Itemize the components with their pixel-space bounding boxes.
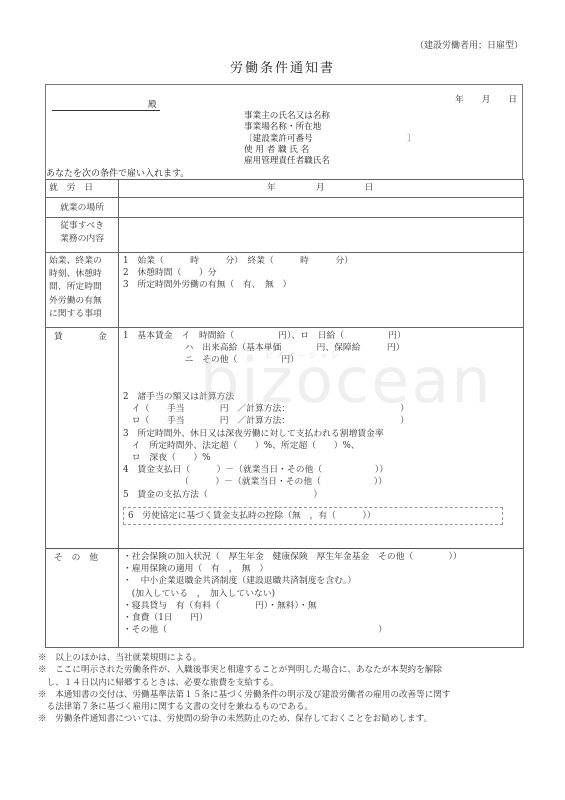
retirement-mutual-aid: ・ 中小企業退職金共済制度（建設退職共済制度を含む。） — [123, 575, 519, 587]
addressee-name-line[interactable] — [52, 110, 160, 111]
start-end-time: 1 始業（ 時 分） 終業（ 時 分） — [123, 255, 519, 267]
conditions-table: 就 労 日 年月日 就業の場所 従事すべき 業務の内容 始業、終業の 時刻、休憩… — [45, 179, 524, 648]
date-year: 年 — [455, 96, 464, 105]
deduction-box: 6 労使協定に基づく賃金支払時の控除（無 ，有（ ）） — [123, 507, 503, 525]
payday-1: 4 賃金支払日（ ）－（就業当日・その他（ ）） — [123, 464, 519, 476]
label-workplace: 就業の場所 — [46, 198, 119, 217]
date-day: 日 — [508, 96, 517, 105]
basic-wage-piece-rate: ハ 出来高給（基本単価 円、保障給 円） — [123, 342, 519, 354]
row-wages: 賃 金 1 基本賃金 イ 時間給（ 円）、ロ 日給（ 円） ハ 出来高給（基本単… — [46, 328, 523, 549]
employer-title-name-field: 使 用 者 職 氏 名 — [244, 146, 309, 155]
label-other: そ の 他 — [46, 549, 119, 647]
allowance-ro: ロ（ 手当 円 ／計算方法： ） — [123, 415, 519, 427]
note-3: ※ 本通知書の交付は、労働基準法第１５条に基づく労働条件の明示及び建設労働者の雇… — [38, 689, 528, 701]
premium-overtime: イ 所定時間外、法定超（ ）%、所定超（ ）%、 — [123, 440, 519, 452]
note-1: ※ 以上のほかは、当社就業規則による。 — [38, 652, 528, 664]
row-work-day: 就 労 日 年月日 — [46, 180, 523, 198]
document-subtitle: （建設労働者用；日雇型） — [415, 42, 523, 51]
footnotes: ※ 以上のほかは、当社就業規則による。 ※ ここに明示された労働条件が、入職後事… — [38, 652, 528, 726]
row-other: そ の 他 ・社会保険の加入状況（ 厚生年金 健康保険 厚生年金基金 その他（ … — [46, 549, 523, 647]
wages-value[interactable]: 1 基本賃金 イ 時間給（ 円）、ロ 日給（ 円） ハ 出来高給（基本単価 円、… — [119, 328, 523, 548]
work-day-month: 月 — [316, 183, 325, 193]
employment-manager-field: 雇用管理責任者職氏名 — [244, 157, 330, 166]
label-wages: 賃 金 — [46, 328, 119, 548]
workplace-value[interactable] — [119, 198, 523, 217]
work-day-value[interactable]: 年月日 — [119, 180, 523, 197]
working-hours-value[interactable]: 1 始業（ 時 分） 終業（ 時 分） 2 休憩時間（ ）分 3 所定時間外労働… — [119, 253, 523, 327]
basic-wage-other: ニ その他（ 円） — [123, 354, 519, 366]
retirement-enrollment: (加入している ， 加入していない) — [123, 588, 519, 600]
issue-date: 年月日 — [432, 87, 517, 104]
note-4: ※ 労働条件通知書については、労使間の紛争の未然防止のため、保存しておくことをお… — [38, 713, 528, 725]
note-2-cont: し、１４日以内に帰郷するときは、必要な旅費を支給する。 — [38, 677, 528, 689]
overtime-presence: 3 所定時間外労働の有無（ 有、 無 ） — [123, 279, 519, 291]
row-duties: 従事すべき 業務の内容 — [46, 218, 523, 253]
note-2: ※ ここに明示された労働条件が、入職後事実と相違することが判明した場合に、あなた… — [38, 664, 528, 676]
row-workplace: 就業の場所 — [46, 198, 523, 218]
employer-name-field: 事業主の氏名又は名称 — [244, 112, 330, 121]
employment-insurance: ・雇用保険の適用（ 有 ， 無 ） — [123, 563, 519, 575]
document-title: 労働条件通知書 — [0, 62, 565, 75]
basic-wage-hourly-daily: 1 基本賃金 イ 時間給（ 円）、ロ 日給（ 円） — [123, 330, 519, 342]
label-work-day: 就 労 日 — [46, 180, 119, 197]
break-time: 2 休憩時間（ ）分 — [123, 267, 519, 279]
label-working-hours: 始業、終業の 時刻、休憩時 間、所定時間 外労働の有無 に関する事項 — [46, 253, 119, 327]
addressee-honorific: 殿 — [148, 101, 157, 110]
label-duties: 従事すべき 業務の内容 — [46, 218, 119, 252]
date-month: 月 — [482, 96, 491, 105]
greeting-text: あなたを次の条件で雇い入れます。 — [46, 170, 189, 179]
allowance-i: イ（ 手当 円 ／計算方法： ） — [123, 403, 519, 415]
note-3-cont: る法律第７条に基づく雇用に関する文書の交付を兼ねるものである。 — [38, 701, 528, 713]
social-insurance: ・社会保険の加入状況（ 厚生年金 健康保険 厚生年金基金 その他（ ）） — [123, 551, 519, 563]
allowances-heading: 2 諸手当の額又は計算方法 — [123, 391, 519, 403]
premium-night: ロ 深夜（ ）% — [123, 452, 519, 464]
meal-cost: ・食費（1日 円） — [123, 612, 519, 624]
other-value[interactable]: ・社会保険の加入状況（ 厚生年金 健康保険 厚生年金基金 その他（ ）） ・雇用… — [119, 549, 523, 647]
payment-method: 5 賃金の支払方法（ ） — [123, 489, 519, 501]
other-notes: ・その他（ ） — [123, 624, 519, 636]
work-day-day: 日 — [365, 183, 374, 193]
premium-rate-heading: 3 所定時間外、休日又は深夜労働に対して支払われる割増賃金率 — [123, 428, 519, 440]
work-day-year: 年 — [267, 183, 276, 193]
bedding-loan: ・寝具貸与 有（有料（ 円）・無料）・無 — [123, 600, 519, 612]
workplace-address-field: 事業場名称・所在地 — [244, 123, 321, 132]
payday-2: （ ）－（就業当日・その他（ ）） — [123, 476, 519, 488]
construction-permit-field: 〔建設業許可番号 〕 — [244, 135, 416, 144]
duties-value[interactable] — [119, 218, 523, 252]
row-working-hours: 始業、終業の 時刻、休憩時 間、所定時間 外労働の有無 に関する事項 1 始業（… — [46, 253, 523, 328]
